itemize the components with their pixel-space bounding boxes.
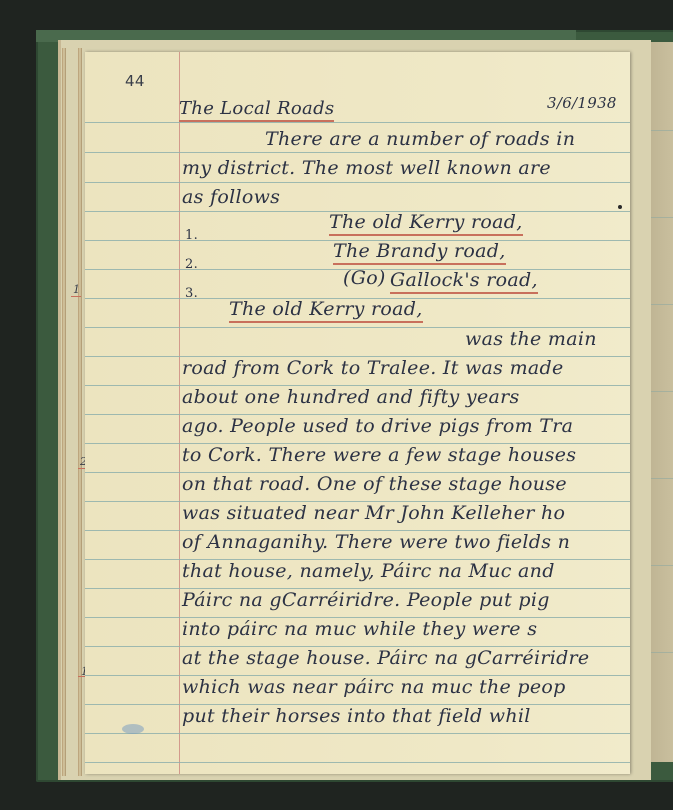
rule-line (85, 122, 630, 123)
intro-line: my district. The most well known are (182, 157, 551, 179)
document-date: 3/6/1938 (547, 94, 617, 112)
body-line: put their horses into that field whil (182, 705, 531, 727)
intro-line: There are a number of roads in (265, 128, 575, 150)
body-line: to Cork. There were a few stage houses (182, 444, 576, 466)
ink-blot (122, 724, 144, 734)
ink-dot (618, 205, 622, 209)
rule-line (85, 762, 630, 763)
body-line: of Annaganihy. There were two fields n (182, 531, 570, 553)
rule-line (85, 152, 630, 153)
list-item-road: Gallock's road, (390, 269, 538, 294)
list-number: 1. (185, 228, 198, 243)
body-line: ago. People used to drive pigs from Tra (182, 415, 573, 437)
page-stack-edge (62, 48, 66, 776)
page-number: 44 (125, 72, 145, 90)
list-item-prefix: (Go) (343, 267, 386, 289)
body-line: on that road. One of these stage house (182, 473, 567, 495)
list-number: 2. (185, 257, 198, 272)
rule-line (85, 182, 630, 183)
body-line: about one hundred and fifty years (182, 386, 520, 408)
body-line: at the stage house. Páirc na gCarréiridr… (182, 647, 589, 669)
body-line: was the main (465, 328, 597, 350)
body-line: that house, namely, Páirc na Muc and (182, 560, 555, 582)
margin-mark-underline (71, 296, 81, 297)
body-line: into páirc na muc while they were s (182, 618, 537, 640)
body-line: road from Cork to Tralee. It was made (182, 357, 564, 379)
list-item-road: The old Kerry road, (329, 211, 523, 236)
list-item-road: The Brandy road, (333, 240, 506, 265)
margin-line (179, 52, 180, 774)
list-number: 3. (185, 286, 198, 301)
margin-mark: 1 (73, 283, 80, 296)
rule-line (85, 733, 630, 734)
body-line: was situated near Mr John Kelleher ho (182, 502, 565, 524)
body-line: which was near páirc na muc the peop (182, 676, 566, 698)
intro-line: as follows (182, 186, 280, 208)
body-line: Páirc na gCarréiridre. People put pig (182, 589, 550, 611)
section-heading: The old Kerry road, (229, 298, 423, 323)
document-title: The Local Roads (179, 98, 334, 122)
notebook-page: 44 The Local Roads 3/6/1938 There are a … (85, 52, 630, 774)
